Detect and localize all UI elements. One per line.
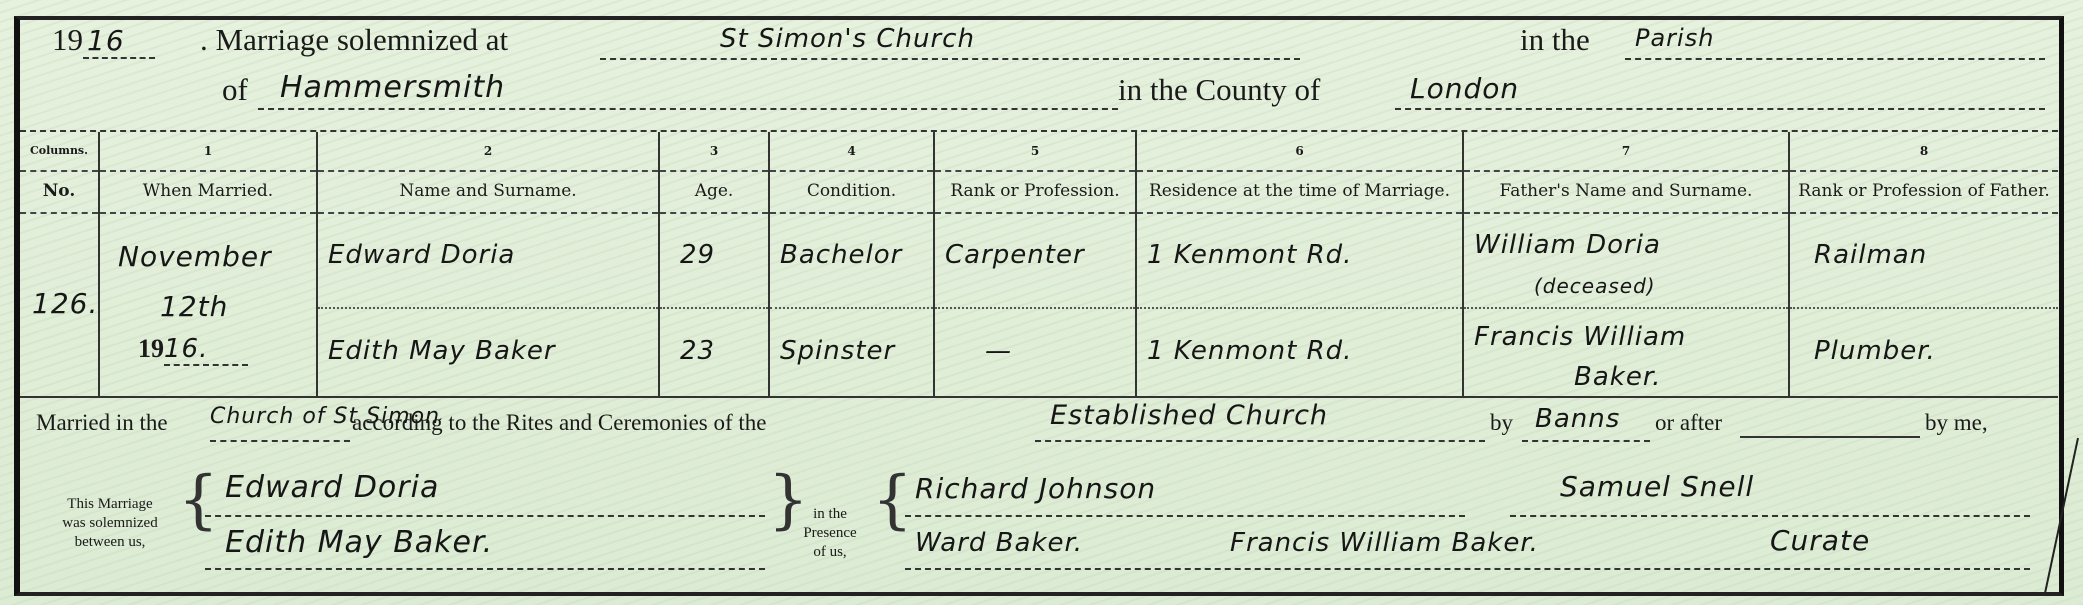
- header-father-name: Father's Name and Surname.: [1464, 170, 1788, 214]
- bride-father-name: Francis William: [1464, 308, 1788, 352]
- between-us-line-2: was solemnized: [40, 514, 180, 533]
- header-residence: Residence at the time of Marriage.: [1137, 170, 1462, 214]
- column-condition: 4 Condition. Bachelor Spinster: [770, 132, 935, 398]
- header-when-married: When Married.: [100, 170, 316, 214]
- according-to-rites-label: according to the Rites and Ceremonies of…: [352, 410, 767, 436]
- or-after-underline: [1740, 436, 1920, 438]
- presence-line-3: of us,: [790, 543, 870, 562]
- entry-number: 126.: [32, 287, 98, 320]
- column-no: Columns. No. 126.: [20, 132, 100, 398]
- column-number-4: 4: [770, 132, 933, 172]
- bride-profession: —: [935, 308, 1135, 366]
- groom-father-name: William Doria: [1464, 212, 1788, 260]
- columns-label: Columns.: [20, 132, 98, 172]
- column-residence: 6 Residence at the time of Marriage. 1 K…: [1137, 132, 1464, 398]
- presence-label: in the Presence of us,: [790, 505, 870, 562]
- header-condition: Condition.: [770, 170, 933, 214]
- groom-condition: Bachelor: [770, 212, 933, 270]
- groom-profession: Carpenter: [935, 212, 1135, 270]
- column-profession: 5 Rank or Profession. Carpenter —: [935, 132, 1137, 398]
- or-after-label: or after: [1655, 410, 1722, 436]
- witness-brace-icon: {: [872, 468, 913, 532]
- bride-age: 23: [660, 308, 768, 366]
- married-year: 1916.: [138, 334, 248, 364]
- officiant-underline: [1510, 515, 2030, 517]
- header-name: Name and Surname.: [318, 170, 658, 214]
- bride-condition: Spinster: [770, 308, 933, 366]
- left-brace-icon: {: [178, 468, 219, 532]
- county-value: London: [1410, 72, 1519, 105]
- witness-2-underline: [905, 568, 2030, 570]
- header-no: No.: [20, 170, 98, 214]
- between-us-line-1: This Marriage: [40, 495, 180, 514]
- witness-2-signature: Ward Baker.: [915, 528, 1083, 558]
- witness-1-signature: Richard Johnson: [915, 472, 1156, 505]
- groom-signature: Edward Doria: [225, 470, 439, 505]
- column-father-profession: 8 Rank or Profession of Father. Railman …: [1790, 132, 2058, 398]
- groom-age: 29: [660, 212, 768, 270]
- groom-father-profession: Railman: [1790, 212, 2058, 270]
- witness-1-underline: [905, 515, 1465, 517]
- by-underline: [1522, 440, 1650, 442]
- header-father-profession: Rank or Profession of Father.: [1790, 170, 2058, 214]
- year-prefix: 19: [52, 22, 83, 57]
- presence-line-2: Presence: [790, 524, 870, 543]
- bride-father-name-line2: Baker.: [1574, 362, 1661, 392]
- column-father-name: 7 Father's Name and Surname. William Dor…: [1464, 132, 1790, 398]
- year-suffix: 16: [83, 24, 155, 59]
- header-profession: Rank or Profession.: [935, 170, 1135, 214]
- column-number-5: 5: [935, 132, 1135, 172]
- column-number-7: 7: [1464, 132, 1788, 172]
- district-type-value: Parish: [1635, 24, 1714, 52]
- married-month: November: [118, 240, 272, 273]
- of-label: of: [222, 72, 248, 108]
- officiant-signature: Samuel Snell: [1560, 470, 1754, 503]
- column-number-6: 6: [1137, 132, 1462, 172]
- column-number-1: 1: [100, 132, 316, 172]
- column-number-2: 2: [318, 132, 658, 172]
- between-us-label: This Marriage was solemnized between us,: [40, 495, 180, 552]
- column-age: 3 Age. 29 23: [660, 132, 770, 398]
- bride-signature: Edith May Baker.: [225, 525, 493, 560]
- bride-residence: 1 Kenmont Rd.: [1137, 308, 1462, 366]
- groom-residence: 1 Kenmont Rd.: [1137, 212, 1462, 270]
- column-when-married: 1 When Married. November 12th 1916.: [100, 132, 318, 398]
- rites-value: Established Church: [1050, 400, 1328, 431]
- parish-underline: [258, 108, 1118, 110]
- married-in-the-label: Married in the: [36, 410, 168, 436]
- district-underline: [1625, 58, 2045, 60]
- column-number-3: 3: [660, 132, 768, 172]
- marriage-solemnized-label: . Marriage solemnized at: [200, 22, 508, 58]
- between-us-line-3: between us,: [40, 533, 180, 552]
- in-the-label: in the: [1520, 22, 1590, 58]
- groom-father-note: (deceased): [1534, 274, 1656, 298]
- year-label: 1916: [52, 22, 155, 58]
- register-table: Columns. No. 126. 1 When Married. Novemb…: [20, 130, 2058, 398]
- married-day: 12th: [160, 290, 228, 323]
- groom-signature-underline: [205, 515, 765, 517]
- place-value: St Simon's Church: [720, 24, 975, 54]
- by-me-label: by me,: [1925, 410, 1988, 436]
- rites-underline: [1035, 440, 1485, 442]
- in-the-county-label: in the County of: [1118, 72, 1320, 108]
- bride-father-profession: Plumber.: [1790, 308, 2058, 366]
- witness-3-signature: Francis William Baker.: [1230, 528, 1539, 558]
- column-name: 2 Name and Surname. Edward Doria Edith M…: [318, 132, 660, 398]
- groom-name: Edward Doria: [318, 212, 658, 270]
- bride-signature-underline: [205, 568, 765, 570]
- by-label: by: [1490, 410, 1513, 436]
- church-underline: [210, 440, 350, 442]
- officiant-title: Curate: [1770, 524, 1870, 557]
- header-age: Age.: [660, 170, 768, 214]
- bride-name: Edith May Baker: [318, 308, 658, 366]
- parish-value: Hammersmith: [280, 70, 505, 105]
- county-underline: [1395, 108, 2045, 110]
- married-year-prefix: 19: [138, 334, 164, 363]
- by-value: Banns: [1535, 404, 1620, 434]
- place-underline: [600, 58, 1300, 60]
- presence-line-1: in the: [790, 505, 870, 524]
- column-number-8: 8: [1790, 132, 2058, 172]
- married-year-suffix: 16.: [164, 334, 248, 366]
